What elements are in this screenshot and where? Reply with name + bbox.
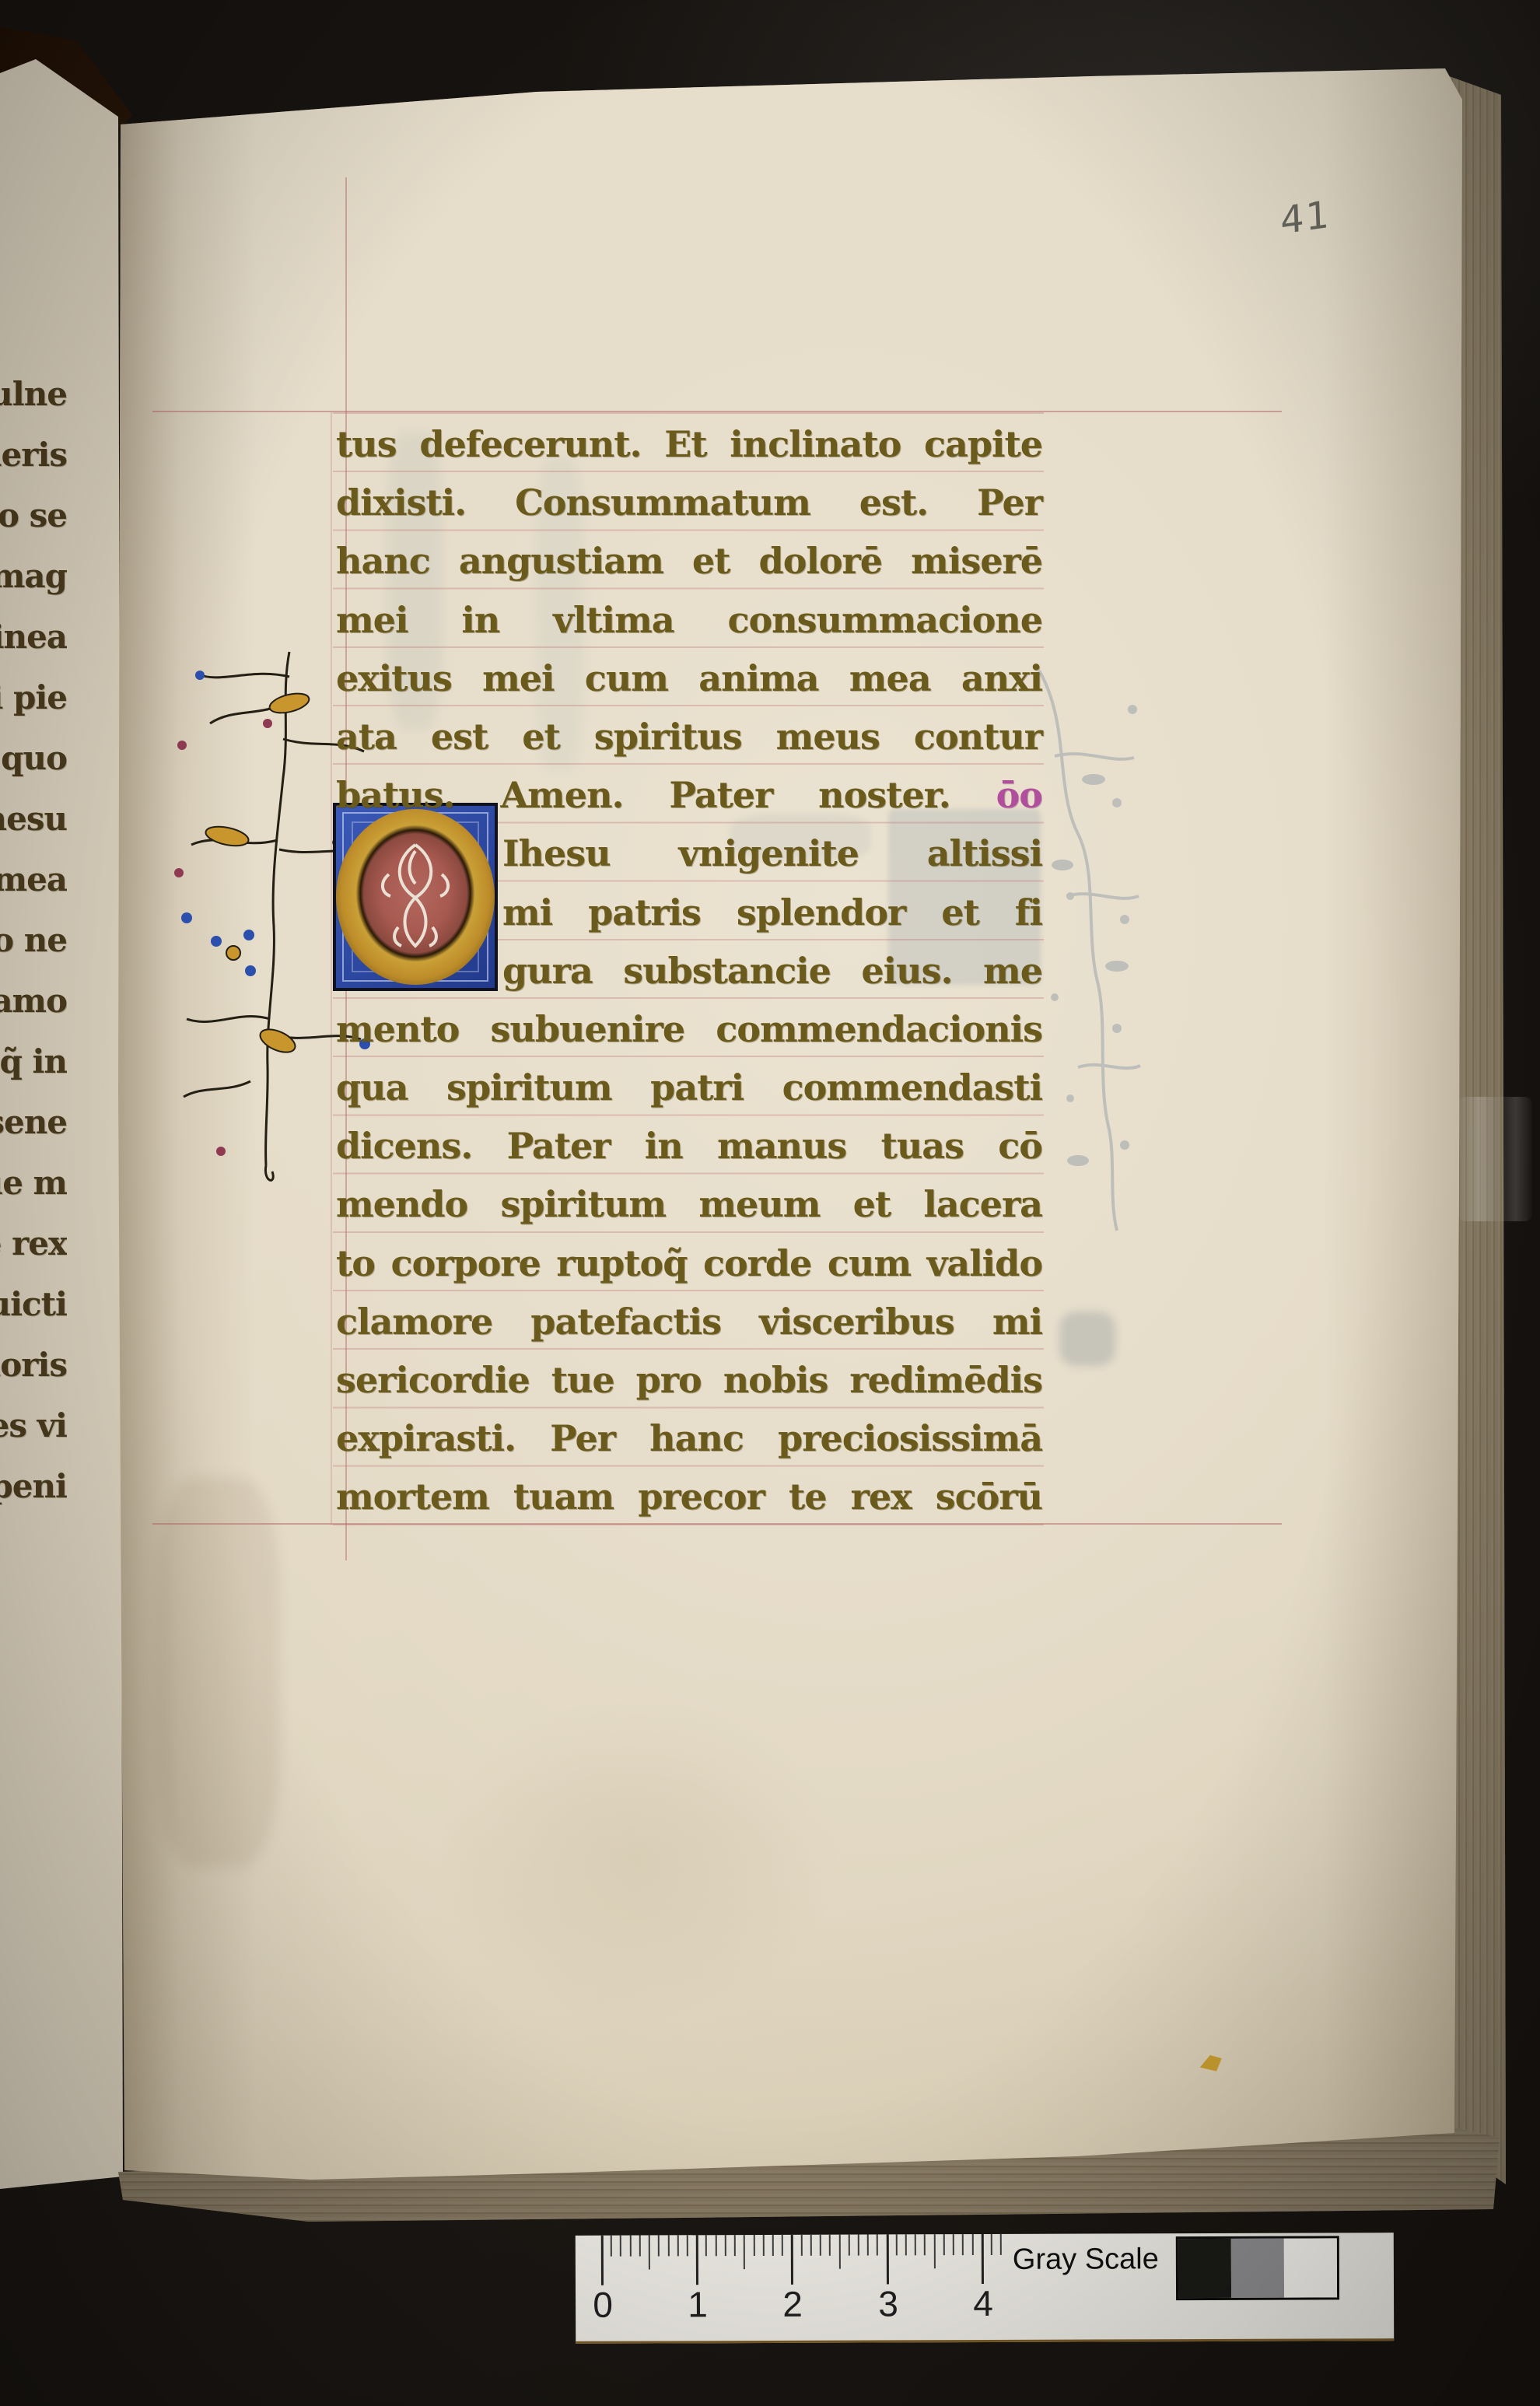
gold-fleck: [1198, 2053, 1224, 2075]
ruler-tick: [943, 2234, 945, 2255]
left-page-line: pdis vulne: [0, 364, 67, 425]
ruler-tick: [877, 2234, 878, 2255]
ruler-tick: [991, 2234, 992, 2255]
parchment-stain: [436, 1696, 840, 2023]
text-line: mendo spiritum meum et lacera: [336, 1175, 1042, 1234]
offset-floral-ghost: [1024, 663, 1148, 1238]
ruler-tick: [933, 2234, 935, 2268]
text-line: exitus mei cum anima mea anxi: [336, 650, 1042, 708]
ruler-tick: [744, 2235, 745, 2269]
ruler-tick: [753, 2235, 754, 2256]
page-holder-clip: [1458, 1097, 1532, 1221]
left-page-line: ista fecit quo: [0, 728, 67, 789]
ruler-tick: [629, 2236, 631, 2257]
ruler-tick: [687, 2235, 688, 2256]
text-line: sericordie tue pro nobis redimēdis: [336, 1351, 1042, 1410]
text-line: mento subuenire commendacionis: [336, 1000, 1042, 1059]
ruler-tick: [858, 2235, 859, 2256]
text-line: mei in vltima consummacione: [336, 591, 1042, 650]
left-page-line: so pie ihesu: [0, 789, 67, 849]
ruler-tick: [658, 2235, 660, 2256]
ruler-tick: [667, 2235, 669, 2256]
ruler-tick: [620, 2236, 621, 2257]
ruler-number: 2: [773, 2283, 812, 2325]
text-line: batus. Amen. Pater noster. ōo: [336, 766, 1042, 825]
grayscale-card: 0 1 2 3 4 Gray Scale: [576, 2233, 1394, 2344]
patch-black: [1178, 2239, 1231, 2298]
text-line: mortem tuam precor te rex scōrū: [336, 1468, 1042, 1526]
ruler-tick: [867, 2235, 869, 2256]
ruler-tick: [611, 2236, 612, 2257]
ruler-tick: [848, 2235, 849, 2256]
left-page-text-fragments: pdis vulne pijs uderis netissimo se s qu…: [0, 364, 67, 1517]
ruler-tick: [982, 2234, 984, 2284]
text-line: dixisti. Consummatum est. Per: [336, 474, 1042, 532]
ruler-tick: [772, 2235, 774, 2256]
text-run: batus. Amen. Pater noster.: [336, 774, 950, 816]
latin-text-block: tus defecerunt. Et inclinato capite dixi…: [336, 415, 1042, 1527]
text-line: dicens. Pater in manus tuas cō: [336, 1117, 1042, 1175]
folio-number: 41: [1279, 192, 1331, 243]
left-page-line: virginea: [0, 607, 67, 667]
text-line: qua spiritum patri commendasti: [336, 1059, 1042, 1117]
ruler-tick: [800, 2235, 802, 2256]
ruler-tick: [971, 2234, 973, 2255]
left-page-line: em et amo: [0, 971, 67, 1031]
left-page-line: s et inuicti: [0, 1274, 67, 1335]
grayscale-label: Gray Scale: [1013, 2243, 1159, 2277]
text-line: to corpore ruptoq̃ corde cum valido: [336, 1235, 1042, 1293]
left-page-line: omnes vi: [0, 1396, 67, 1456]
text-line: clamore patefactis visceribus mi: [336, 1293, 1042, 1351]
text-line: hanc angustiam et dolorē miserē: [336, 532, 1042, 590]
ruler-tick: [696, 2235, 698, 2285]
text-line: ata est et spiritus meus contur: [336, 708, 1042, 766]
left-page-line: oster. Aue m: [0, 1153, 67, 1214]
ruler-tick: [782, 2235, 783, 2256]
ruler-tick: [639, 2236, 641, 2257]
ruler-tick: [924, 2234, 926, 2255]
gutter-stain: [156, 1478, 280, 1867]
ruler-tick: [915, 2234, 916, 2255]
ruler-tick: [677, 2235, 679, 2256]
left-page-line: assime rex: [0, 1214, 67, 1274]
ruler-tick: [1000, 2234, 1002, 2255]
left-page-line: one vsq̃ in: [0, 1031, 67, 1092]
left-page-line: uto doloris: [0, 1335, 67, 1396]
ruler-number: 1: [678, 2283, 717, 2325]
gray-smudge: [1059, 1312, 1115, 1366]
left-page-line: netissimo se: [0, 485, 67, 546]
patch-white: [1284, 2238, 1337, 2297]
ruler-tick: [649, 2236, 650, 2270]
ruler-tick: [725, 2235, 726, 2256]
ruler-tick: [705, 2235, 707, 2256]
left-page-line: pijs uderis: [0, 425, 67, 485]
text-line: expirasti. Per hanc preciosissimā: [336, 1410, 1042, 1468]
ruler-tick: [791, 2235, 793, 2285]
ruler-tick: [838, 2235, 840, 2269]
left-page-line: morte mea: [0, 849, 67, 910]
text-line: mi patris splendor et fi: [502, 884, 1042, 942]
fore-edge-shadow: [1322, 68, 1462, 2145]
left-page-line: ptulisti pie: [0, 667, 67, 728]
text-line: gura substancie eius. me: [502, 942, 1042, 1000]
ruler-number: 4: [964, 2282, 1003, 2324]
ruler-tick: [896, 2234, 898, 2255]
ruler-tick: [953, 2234, 954, 2255]
ruler-tick: [820, 2235, 821, 2256]
text-line: tus defecerunt. Et inclinato capite: [336, 415, 1042, 474]
ruler-tick: [905, 2234, 907, 2255]
ruler-number: 0: [583, 2284, 622, 2326]
left-page-line: n tibi peni: [0, 1456, 67, 1517]
manuscript-photograph: pdis vulne pijs uderis netissimo se s qu…: [0, 0, 1540, 2406]
ruler-tick: [962, 2234, 964, 2255]
ruler-tick: [601, 2236, 604, 2285]
patch-gray: [1231, 2239, 1284, 2298]
left-page-line: incto ne: [0, 910, 67, 971]
manuscript-recto-page: 41: [0, 0, 1540, 2406]
ruler-tick: [762, 2235, 764, 2256]
ruler-tick: [810, 2235, 812, 2256]
ruler-tick: [886, 2234, 888, 2284]
left-page-line: ter presene: [0, 1092, 67, 1153]
text-line: Ihesu vnigenite altissi: [502, 825, 1042, 883]
ruler-number: 3: [869, 2282, 908, 2324]
left-page-line: s quā mag: [0, 546, 67, 607]
ruler-tick: [715, 2235, 716, 2256]
ruler-tick: [829, 2235, 831, 2256]
grayscale-patches: [1176, 2236, 1339, 2300]
rubric-abbreviation: ōo: [996, 774, 1042, 816]
ruler-tick: [734, 2235, 736, 2256]
